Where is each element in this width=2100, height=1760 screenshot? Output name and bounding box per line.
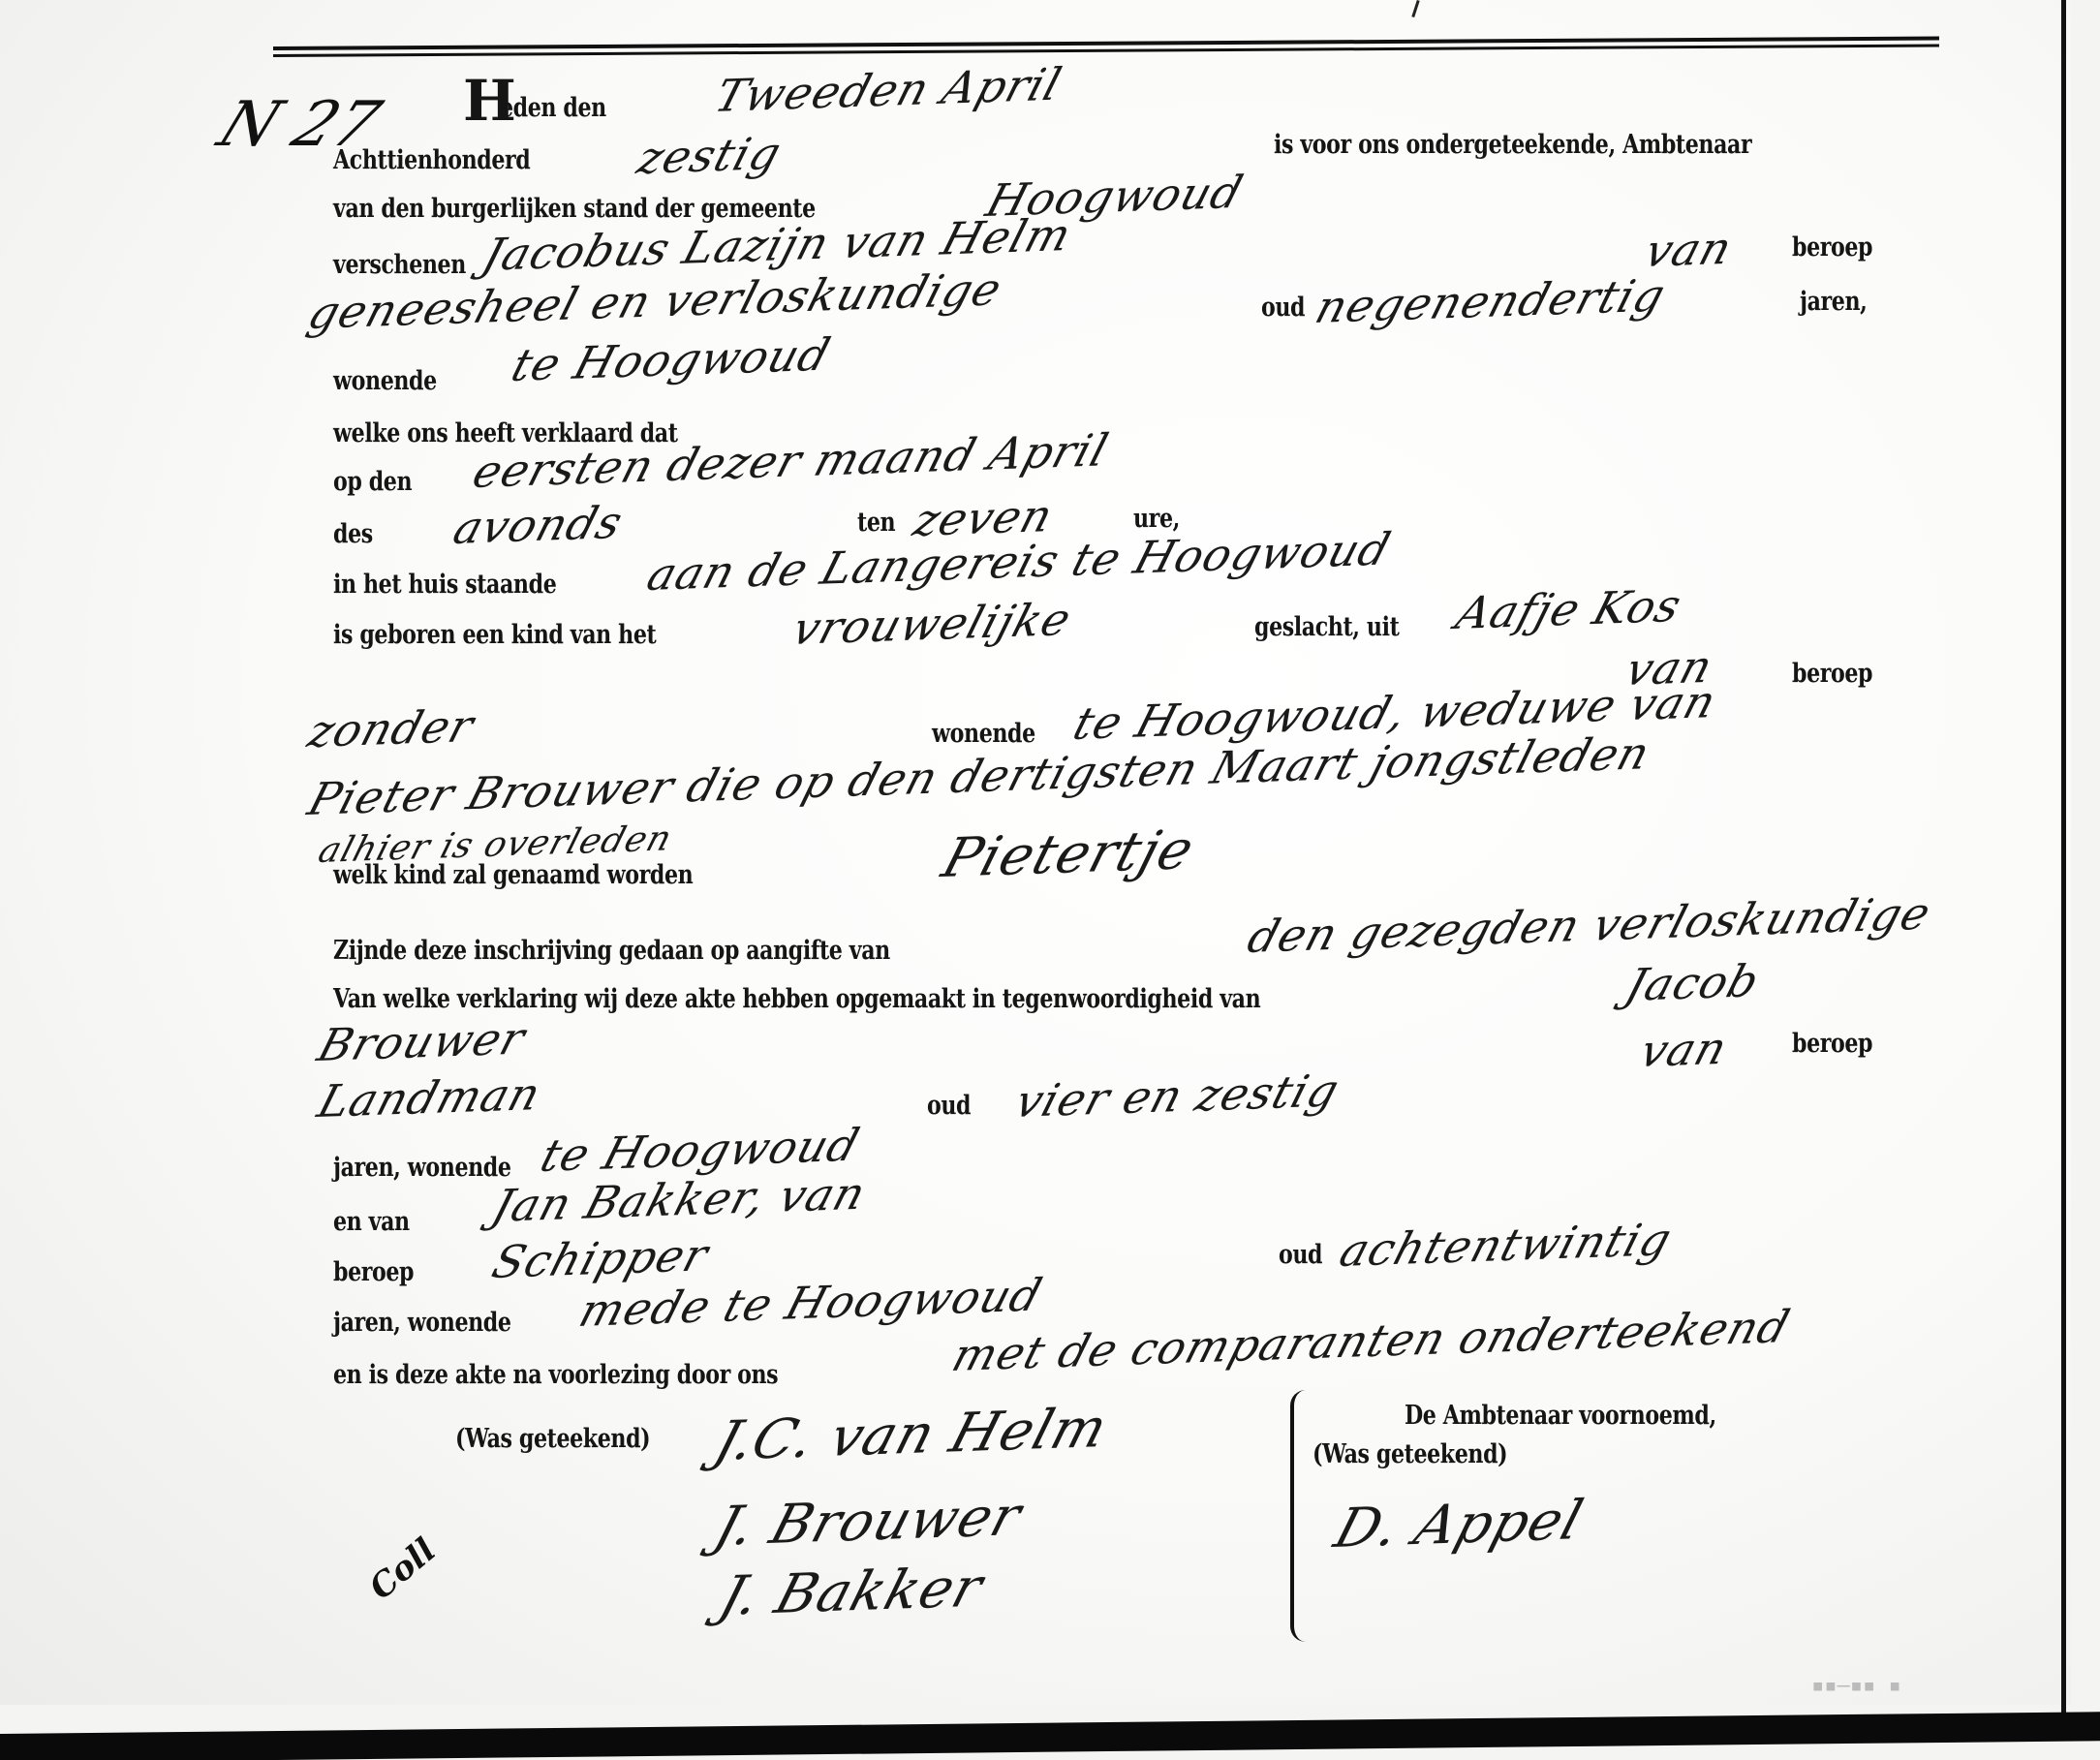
printed-verschenen: verschenen — [333, 250, 466, 280]
printed-van-welke: Van welke verklaring wij deze akte hebbe… — [333, 984, 1260, 1014]
printed-ure: ure, — [1133, 504, 1180, 534]
hand-witness-1-occupation: Landman — [312, 1067, 547, 1127]
printed-ten: ten — [857, 508, 895, 538]
printed-is-voor-ons: is voor ons ondergeteekende, Ambtenaar — [1274, 130, 1751, 160]
hand-sex: vrouwelijke — [787, 593, 1077, 655]
printed-op-den: op den — [333, 467, 412, 497]
hand-child-name: Pietertje — [936, 818, 1202, 890]
hand-year: zestig — [632, 127, 787, 184]
printed-zijnde-deze: Zijnde deze inschrijving gedaan op aangi… — [333, 936, 890, 966]
printed-oud-2: oud — [927, 1091, 971, 1121]
printed-welk-kind: welk kind zal genaamd worden — [333, 860, 693, 890]
printed-was-geteekend-2: (Was geteekend) — [1312, 1439, 1507, 1469]
hand-van-3: van — [1634, 1022, 1734, 1077]
printed-was-geteekend-1: (Was geteekend) — [455, 1424, 650, 1454]
printed-in-het-huis: in het huis staande — [333, 570, 556, 600]
faint-stamp-mark: ▪▪‒▪▪ ▪ — [1811, 1674, 1901, 1698]
printed-en-is-deze: en is deze akte na voorlezing door ons — [333, 1360, 778, 1390]
printed-beroep-3: beroep — [1792, 1029, 1872, 1059]
printed-jaren-1: jaren, — [1800, 287, 1867, 317]
printed-en-van: en van — [333, 1207, 410, 1237]
hand-witness-2-occupation: Schipper — [486, 1228, 715, 1288]
printed-de-ambtenaar: De Ambtenaar voornoemd, — [1405, 1401, 1716, 1431]
printed-jaren-wonende-2: jaren, wonende — [333, 1308, 511, 1338]
scan-bottom-edge — [0, 1712, 2100, 1760]
signature-bakker: J. Bakker — [713, 1557, 991, 1628]
hand-mother-occupation: zonder — [302, 699, 480, 757]
hand-witness-1-last: Brouwer — [312, 1012, 532, 1071]
printed-wonende-1: wonende — [333, 366, 437, 396]
hand-time-of-day: avonds — [448, 496, 629, 554]
printed-jaren-wonende-1: jaren, wonende — [333, 1153, 511, 1183]
printed-oud-1: oud — [1261, 293, 1305, 323]
hand-mother: Aafje Kos — [1450, 579, 1687, 639]
printed-achttienhonderd: Achttienhonderd — [333, 145, 530, 175]
printed-wonende-2: wonende — [932, 719, 1035, 749]
signature-official-appel: D. Appel — [1328, 1489, 1590, 1560]
signature-bracket — [1290, 1390, 1313, 1642]
printed-beroep-1: beroep — [1792, 232, 1872, 262]
printed-beroep-4: beroep — [333, 1257, 414, 1287]
printed-oud-3: oud — [1279, 1240, 1322, 1270]
signature-brouwer: J. Brouwer — [708, 1485, 1029, 1559]
printed-is-geboren: is geboren een kind van het — [333, 620, 656, 650]
page-right-border — [2061, 0, 2066, 1734]
printed-geslacht-uit: geslacht, uit — [1254, 612, 1399, 642]
hand-witness-1-first: Jacob — [1620, 954, 1766, 1011]
printed-des: des — [333, 519, 373, 549]
printed-heden-den: eden den — [500, 93, 606, 123]
printed-beroep-2: beroep — [1792, 659, 1872, 689]
